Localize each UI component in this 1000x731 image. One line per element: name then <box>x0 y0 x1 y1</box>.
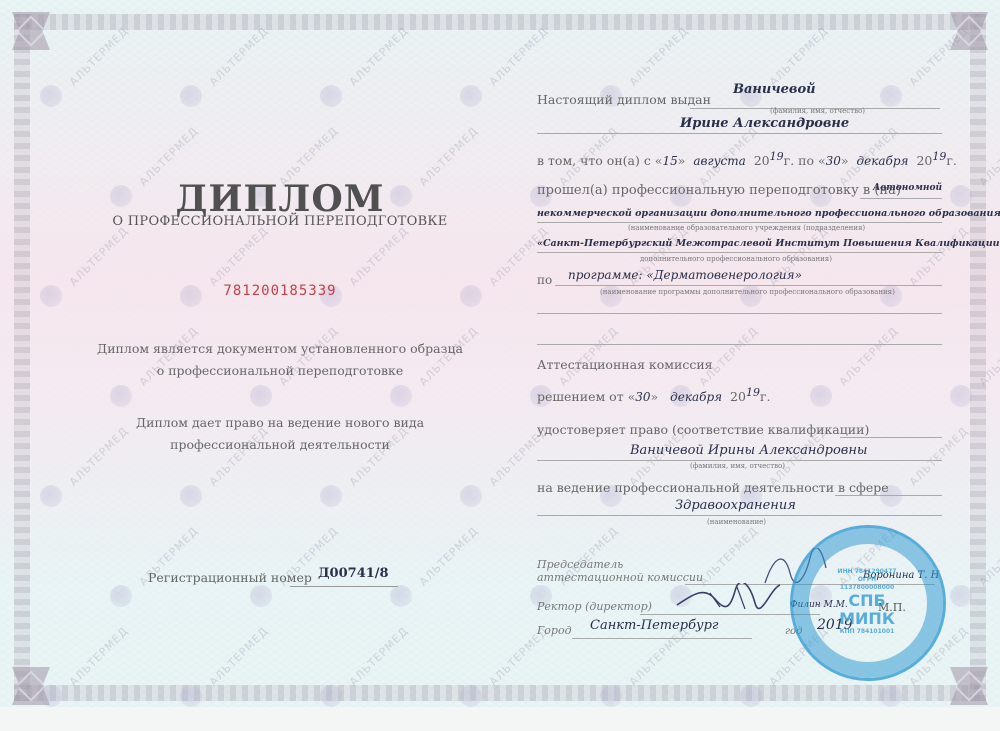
passed-label: прошел(а) профессиональную переподготовк… <box>537 183 901 198</box>
watermark-logo-icon <box>250 385 272 407</box>
underline <box>537 460 942 461</box>
sphere-value: Здравоохранения <box>675 498 796 513</box>
stamp-code: КПП 784101001 <box>831 628 903 636</box>
holder-surname: Ваничевой <box>733 82 816 97</box>
holder-hint: (фамилия, имя, отчество) <box>690 462 785 470</box>
watermark-logo-icon <box>40 285 62 307</box>
chair-label: Председатель аттестационной комиссии <box>537 558 703 584</box>
certifies-label: удостоверяет право (соответствие квалифи… <box>537 422 869 437</box>
program-name: программе: «Дерматовенерология» <box>568 268 802 282</box>
validity-note: Диплом является документом установленног… <box>80 338 480 382</box>
official-stamp: ИНН 7841290477 ОГРН 1137800008000 СПБ МИ… <box>790 525 946 681</box>
year-prefix: 20 <box>916 153 932 168</box>
underline <box>537 515 942 516</box>
validity-note-line-1: Диплом является документом установленног… <box>80 338 480 360</box>
underline <box>537 222 942 223</box>
year-prefix: 20 <box>754 153 770 168</box>
start-month: августа <box>693 154 745 168</box>
watermark-logo-icon <box>950 385 972 407</box>
city-label: Город <box>537 624 572 637</box>
watermark-logo-icon <box>40 685 62 707</box>
underline <box>860 198 942 199</box>
watermark-logo-icon <box>880 85 902 107</box>
registration-number: Д00741/8 <box>318 566 389 581</box>
start-year: 19 <box>770 150 784 163</box>
watermark-logo-icon <box>460 685 482 707</box>
stamp-center: ИНН 7841290477 ОГРН 1137800008000 СПБ МИ… <box>831 568 903 638</box>
underline <box>835 495 942 496</box>
end-year: 19 <box>932 150 946 163</box>
watermark-logo-icon <box>320 685 342 707</box>
watermark-logo-icon <box>460 85 482 107</box>
period-prefix: в том, что он(а) с « <box>537 153 662 168</box>
quote: » <box>841 153 849 168</box>
watermark-logo-icon <box>40 85 62 107</box>
ornamental-border-left <box>14 14 30 701</box>
watermark-logo-icon <box>320 485 342 507</box>
watermark-logo-icon <box>250 585 272 607</box>
stamp-ogrn: ОГРН 1137800008000 <box>831 576 903 592</box>
sphere-label: на ведение профессиональной деятельности… <box>537 480 889 495</box>
watermark-logo-icon <box>390 585 412 607</box>
org-hint: (наименование образовательного учреждени… <box>628 224 865 232</box>
underline <box>555 285 942 286</box>
scan-margin <box>0 707 1000 731</box>
watermark-logo-icon <box>950 185 972 207</box>
year-prefix: 20 <box>730 389 746 404</box>
watermark-logo-icon <box>810 385 832 407</box>
decision-month: декабря <box>670 390 722 404</box>
period-mid: г. по « <box>784 153 826 168</box>
rights-note-line-2: профессиональной деятельности <box>80 434 480 456</box>
commission-label: Аттестационная комиссия <box>537 357 713 372</box>
rights-note-line-1: Диплом дает право на ведение нового вида <box>80 412 480 434</box>
holder-full-name: Ваничевой Ирины Александровны <box>630 443 868 458</box>
decision-year: 19 <box>746 386 760 399</box>
issued-label: Настоящий диплом выдан <box>537 92 711 107</box>
rector-label: Ректор (директор) <box>537 600 652 613</box>
watermark-logo-icon <box>180 85 202 107</box>
registration-label: Регистрационный номер <box>148 570 312 585</box>
watermark-logo-icon <box>460 485 482 507</box>
start-day: 15 <box>662 154 677 168</box>
program-prefix: по <box>537 273 552 287</box>
end-month: декабря <box>857 154 909 168</box>
underline <box>537 252 942 253</box>
quote: » <box>678 153 686 168</box>
org-line-3: «Санкт-Петербургский Межотраслевой Инсти… <box>537 238 1000 249</box>
underline <box>537 344 942 345</box>
ornamental-border-top <box>14 14 986 30</box>
decision-date: решением от «30» декабря 2019г. <box>537 386 770 404</box>
quote: » <box>651 389 659 404</box>
decision-prefix: решением от « <box>537 389 635 404</box>
underline <box>840 437 942 438</box>
diploma-subtitle: О ПРОФЕССИОНАЛЬНОЙ ПЕРЕПОДГОТОВКЕ <box>80 214 480 229</box>
city-value: Санкт-Петербург <box>590 618 718 633</box>
program-hint: (наименование программы дополнительного … <box>600 288 895 296</box>
watermark-logo-icon <box>880 685 902 707</box>
org-line-1: Автономной <box>873 183 942 193</box>
end-day: 30 <box>826 154 841 168</box>
decision-day: 30 <box>635 390 650 404</box>
chair-label-line-1: Председатель <box>537 558 703 571</box>
validity-note-line-2: о профессиональной переподготовке <box>80 360 480 382</box>
serial-number: 781200185339 <box>80 283 480 299</box>
watermark-logo-icon <box>390 385 412 407</box>
stamp-inn: ИНН 7841290477 <box>831 568 903 576</box>
stamp-center-text: СПБ МИПК <box>831 592 903 628</box>
underline <box>537 133 942 134</box>
ornamental-border-bottom <box>14 685 986 701</box>
underline <box>572 638 752 639</box>
watermark-logo-icon <box>740 685 762 707</box>
watermark-logo-icon <box>180 485 202 507</box>
org-line-2: некоммерческой организации дополнительно… <box>537 208 1000 219</box>
rights-note: Диплом дает право на ведение нового вида… <box>80 412 480 456</box>
org-hint-2: дополнительного профессионального образо… <box>640 255 832 263</box>
ornamental-border-right <box>970 14 986 701</box>
watermark-logo-icon <box>950 585 972 607</box>
watermark-logo-icon <box>40 485 62 507</box>
watermark-logo-icon <box>180 685 202 707</box>
watermark-logo-icon <box>600 685 622 707</box>
underline <box>537 313 942 314</box>
fio-hint: (фамилия, имя, отчество) <box>770 107 865 115</box>
registration-underline <box>290 586 398 587</box>
sphere-hint: (наименование) <box>707 518 766 526</box>
study-period: в том, что он(а) с «15» августа 2019г. п… <box>537 150 957 168</box>
year-label: г. <box>946 153 957 168</box>
watermark-logo-icon <box>110 385 132 407</box>
holder-given-names: Ирине Александровне <box>680 116 849 131</box>
year-label: г. <box>760 389 771 404</box>
watermark-logo-icon <box>110 585 132 607</box>
watermark-logo-icon <box>320 85 342 107</box>
